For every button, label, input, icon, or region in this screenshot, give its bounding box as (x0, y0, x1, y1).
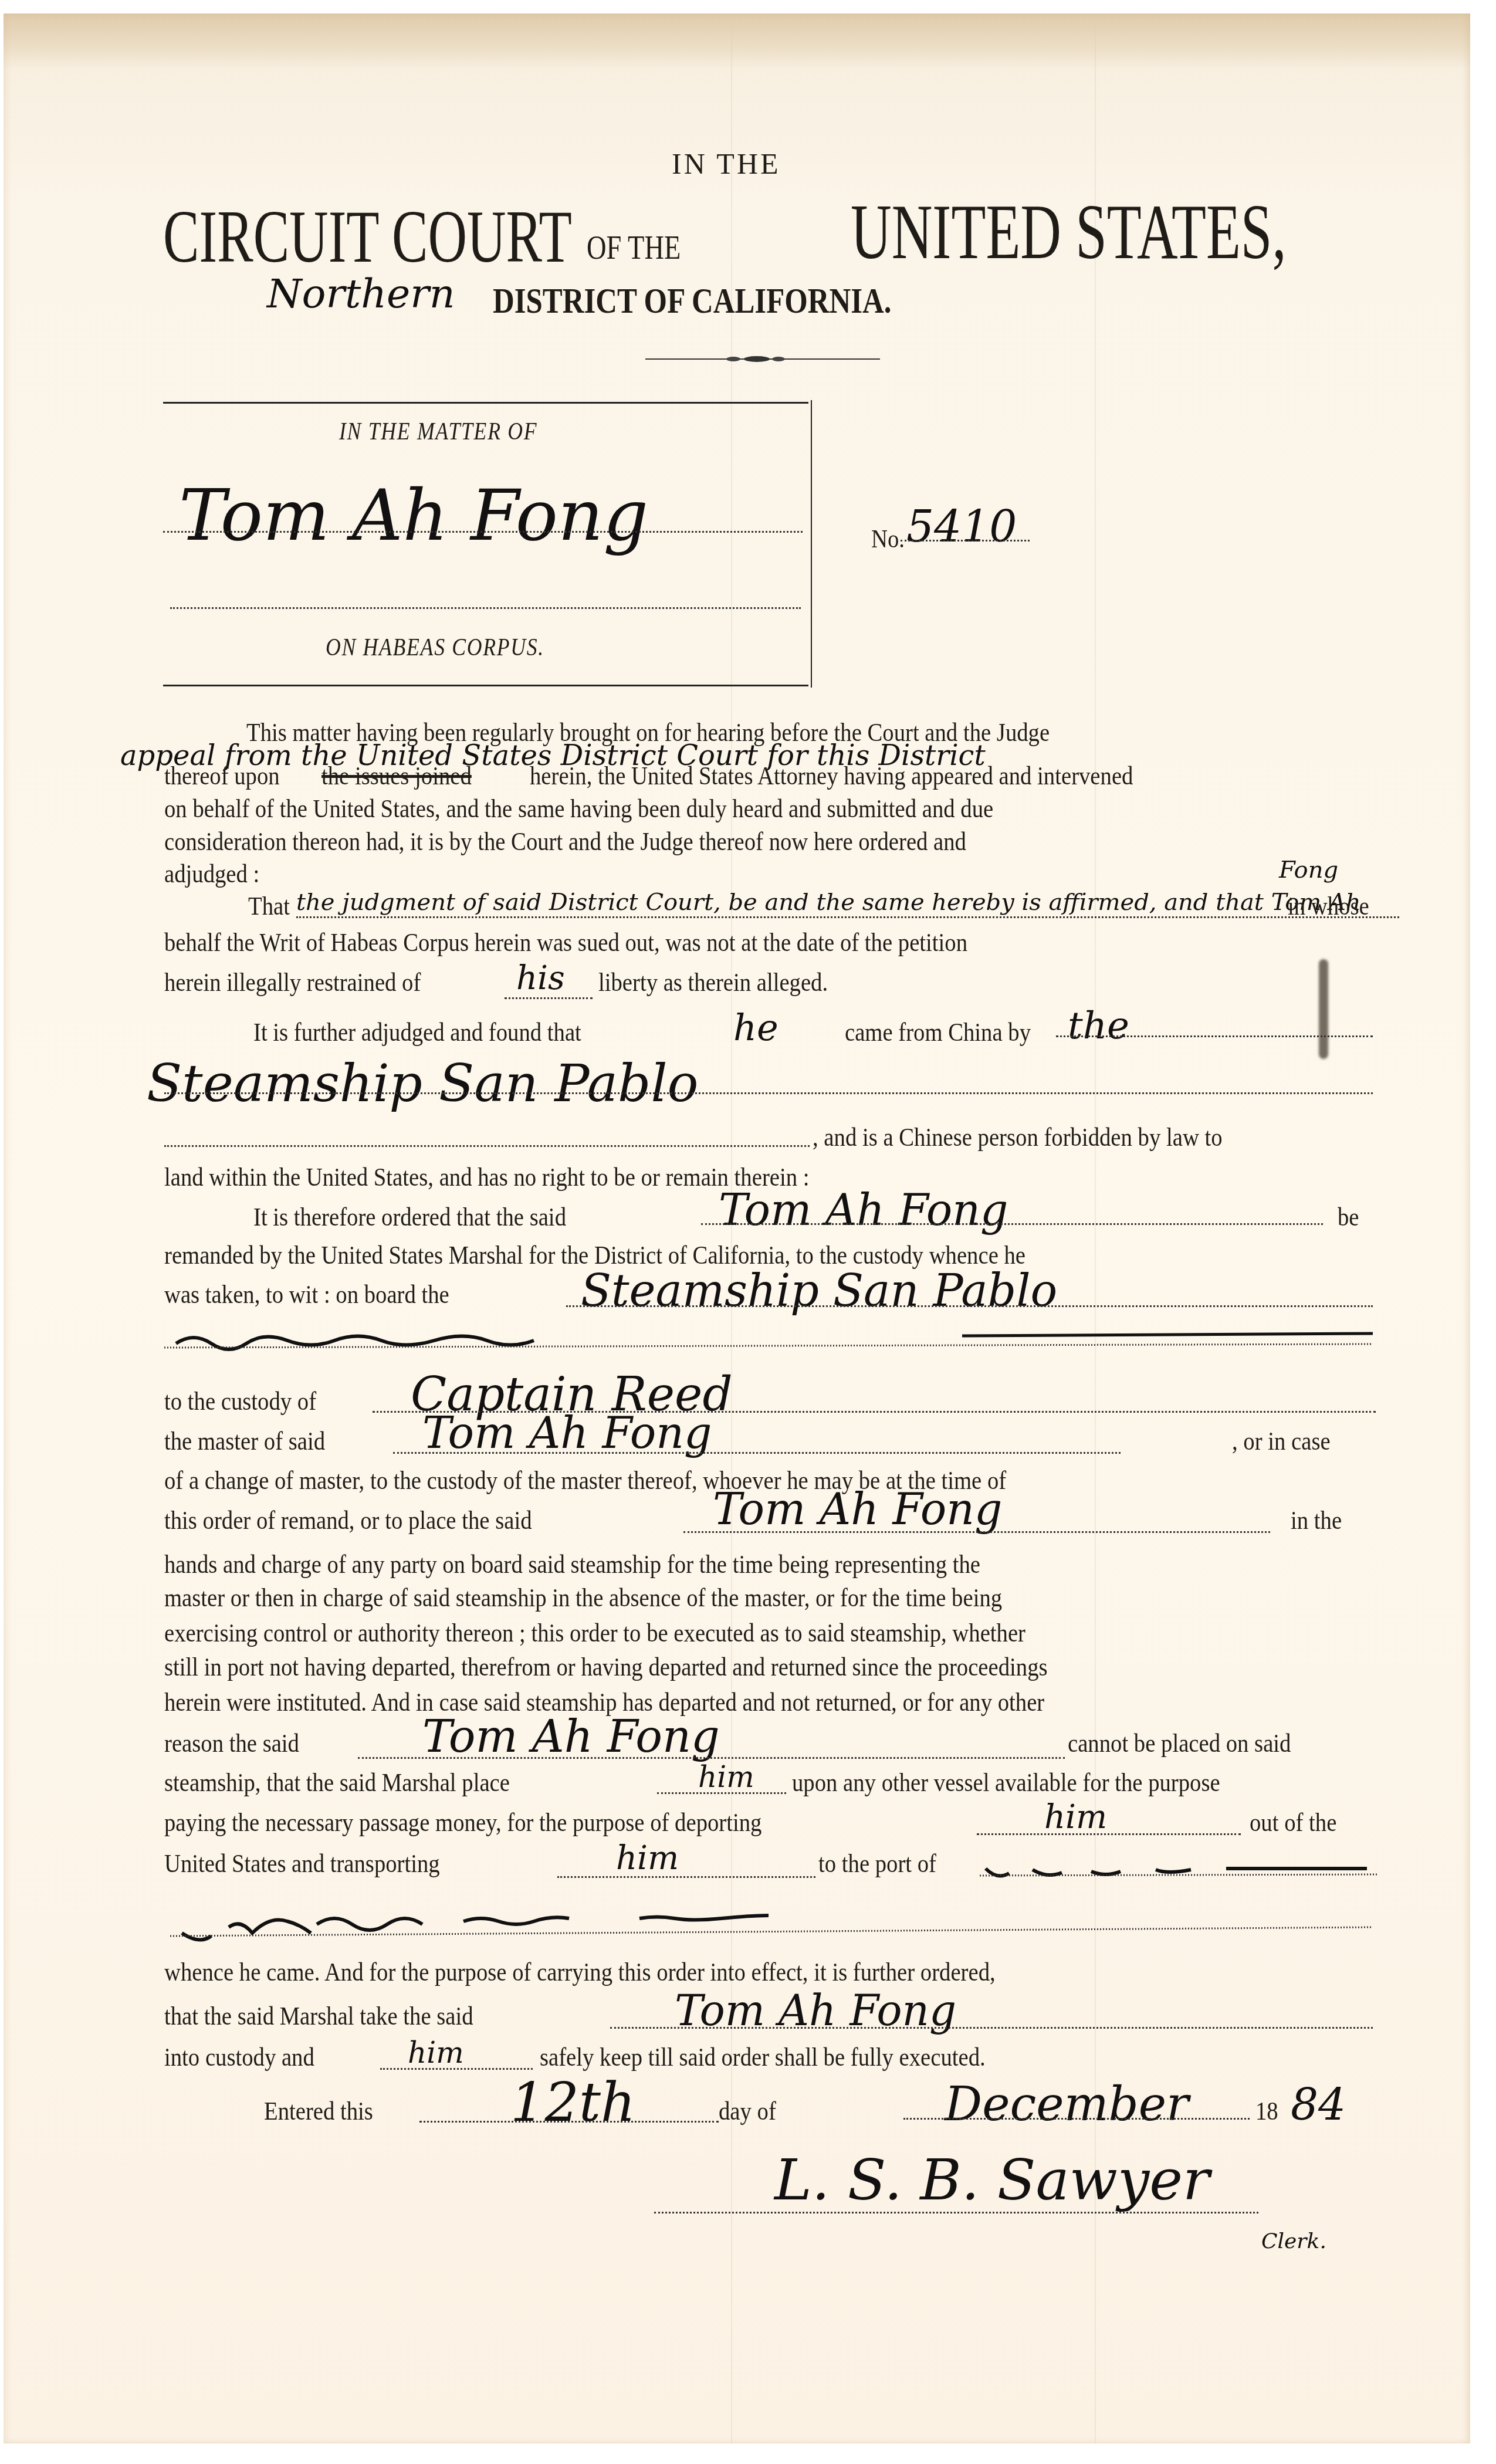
signature-line (654, 2212, 1258, 2213)
p2-line3b: liberty as therein alleged. (598, 967, 828, 997)
p4-line12: still in port not having departed, there… (164, 1651, 1048, 1682)
p4-line15a: steamship, that the said Marshal place (164, 1767, 510, 1798)
p4-line15-him: him (698, 1760, 754, 1794)
p4-master-of: the master of said (164, 1426, 325, 1456)
p4-line8-line (683, 1531, 1270, 1533)
p4-be: be (1338, 1201, 1359, 1232)
p2-his: his (516, 959, 565, 997)
caption-brace (803, 400, 812, 688)
header-in-the: IN THE (672, 147, 781, 181)
caption-bottom-rule (163, 685, 808, 686)
clerk-signature: L. S. B. Sawyer (774, 2147, 1210, 2213)
header-of-the: OF THE (587, 228, 681, 267)
p4-line16a: paying the necessary passage money, for … (164, 1807, 761, 1837)
p4-line14a: reason the said (164, 1728, 299, 1758)
p4-line20-line (610, 2027, 1373, 2029)
in-the-matter-of: IN THE MATTER OF (339, 418, 537, 446)
p3-line (1056, 1035, 1373, 1037)
p1-line2b: herein, the United States Attorney havin… (530, 760, 1133, 791)
clerk-title: Clerk. (1261, 2229, 1326, 2253)
header-circuit-court: CIRCUIT COURT (163, 194, 572, 280)
case-no-line (901, 540, 1030, 541)
p4-master-line (393, 1452, 1121, 1454)
p4-line21-line (380, 2068, 533, 2070)
petitioner-line (163, 531, 803, 533)
p4-line3: was taken, to wit : on board the (164, 1279, 449, 1309)
header-united-states: UNITED STATES, (851, 187, 1287, 277)
port-filler-flourish (980, 1863, 1379, 1880)
p4-filler-flourish (164, 1329, 1379, 1352)
p2-line3a: herein illegally restrained of (164, 967, 421, 997)
p4-line20a: that the said Marshal take the said (164, 2001, 473, 2031)
day-of: day of (719, 2096, 776, 2126)
p1-line5: adjudged : (164, 858, 259, 889)
p4-line19: whence he came. And for the purpose of c… (164, 1957, 996, 1987)
ornament-divider (645, 355, 880, 363)
p4-line8a: this order of remand, or to place the sa… (164, 1505, 532, 1535)
p4-line11: exercising control or authority thereon … (164, 1617, 1025, 1648)
p4-a: It is therefore ordered that the said (253, 1201, 566, 1232)
p3-c: , and is a Chinese person forbidden by l… (813, 1122, 1223, 1152)
p3-the: the (1068, 1004, 1129, 1048)
entry-month: December (945, 2077, 1189, 2131)
on-habeas-corpus: ON HABEAS CORPUS. (326, 634, 544, 662)
petitioner-line-2 (170, 607, 801, 609)
caption-top-rule (163, 402, 808, 404)
p4-line21-him: him (408, 2036, 464, 2070)
p4-line8b: in the (1291, 1505, 1342, 1535)
entered-this: Entered this (264, 2096, 373, 2126)
case-no-label: No. (871, 523, 905, 554)
p3-blank-line (164, 1145, 810, 1147)
entry-year-prefix: 18 (1255, 2096, 1278, 2126)
p4-line8-name: Tom Ah Fong (713, 1484, 1002, 1535)
p4-line17b: to the port of (818, 1848, 936, 1879)
water-stain (4, 13, 1470, 69)
p4-line15b: upon any other vessel available for the … (792, 1767, 1220, 1798)
p3-vessel: Steamship San Pablo (147, 1053, 699, 1113)
p2-his-line (505, 997, 593, 999)
p4-vessel-line (566, 1305, 1373, 1307)
entry-year-suffix: 84 (1291, 2080, 1346, 2130)
p2-that: That (248, 891, 290, 921)
petitioner-name: Tom Ah Fong (179, 475, 648, 557)
p1-line4: consideration thereon had, it is by the … (164, 826, 966, 857)
p4-line10: master or then in charge of said steamsh… (164, 1582, 1002, 1613)
p4-line14b: cannot be placed on said (1068, 1728, 1291, 1758)
p4-line17a: United States and transporting (164, 1848, 440, 1879)
p4-line21b: safely keep till said order shall be ful… (540, 2042, 986, 2072)
p3-he: he (733, 1006, 779, 1049)
p4-line16-line (977, 1833, 1241, 1835)
entry-day-line (419, 2121, 719, 2123)
p2-line (296, 916, 1399, 918)
p1-struck-text: the issues joined (321, 760, 472, 791)
p2-line2: behalf the Writ of Habeas Corpus herein … (164, 927, 967, 957)
p4-custody-of: to the custody of (164, 1386, 316, 1416)
entry-day: 12th (510, 2071, 635, 2134)
p4-line16b: out of the (1250, 1807, 1336, 1837)
p3-b: came from China by (845, 1017, 1031, 1047)
p4-line21a: into custody and (164, 2042, 314, 2072)
p4-line14-name: Tom Ah Fong (422, 1710, 720, 1762)
p4-vessel: Steamship San Pablo (581, 1264, 1057, 1316)
p4-line16-him: him (1044, 1798, 1107, 1836)
ink-mark (1319, 959, 1328, 1059)
p4-line14-line (358, 1757, 1065, 1759)
case-no-value: 5410 (906, 502, 1017, 552)
p4-line9: hands and charge of any party on board s… (164, 1549, 980, 1579)
p2-insert-above: Fong (1279, 857, 1338, 884)
p4-or-in-case: , or in case (1232, 1426, 1331, 1456)
p4-name-1: Tom Ah Fong (719, 1185, 1008, 1236)
handwritten-district: Northern (267, 271, 455, 317)
p4-name-line-1 (701, 1223, 1323, 1225)
p4-line17-him: him (616, 1839, 679, 1877)
p1-line3: on behalf of the United States, and the … (164, 793, 993, 824)
p4-master-name: Tom Ah Fong (422, 1408, 712, 1458)
p3-line4: land within the United States, and has n… (164, 1162, 809, 1192)
p4-line17-line (557, 1876, 815, 1878)
p2-handwritten: the judgment of said District Court, be … (296, 889, 1361, 916)
p3-vessel-line (164, 1092, 1373, 1094)
p1-line2a: thereof upon (164, 760, 280, 791)
p4-line15-line (657, 1792, 786, 1794)
entry-month-line (903, 2118, 1250, 2120)
p2-in-whose: in whose (1288, 891, 1369, 921)
p4-filler-flourish-2 (170, 1910, 1379, 1945)
p3-a: It is further adjudged and found that (253, 1017, 581, 1047)
header-district: DISTRICT OF CALIFORNIA. (493, 280, 891, 322)
